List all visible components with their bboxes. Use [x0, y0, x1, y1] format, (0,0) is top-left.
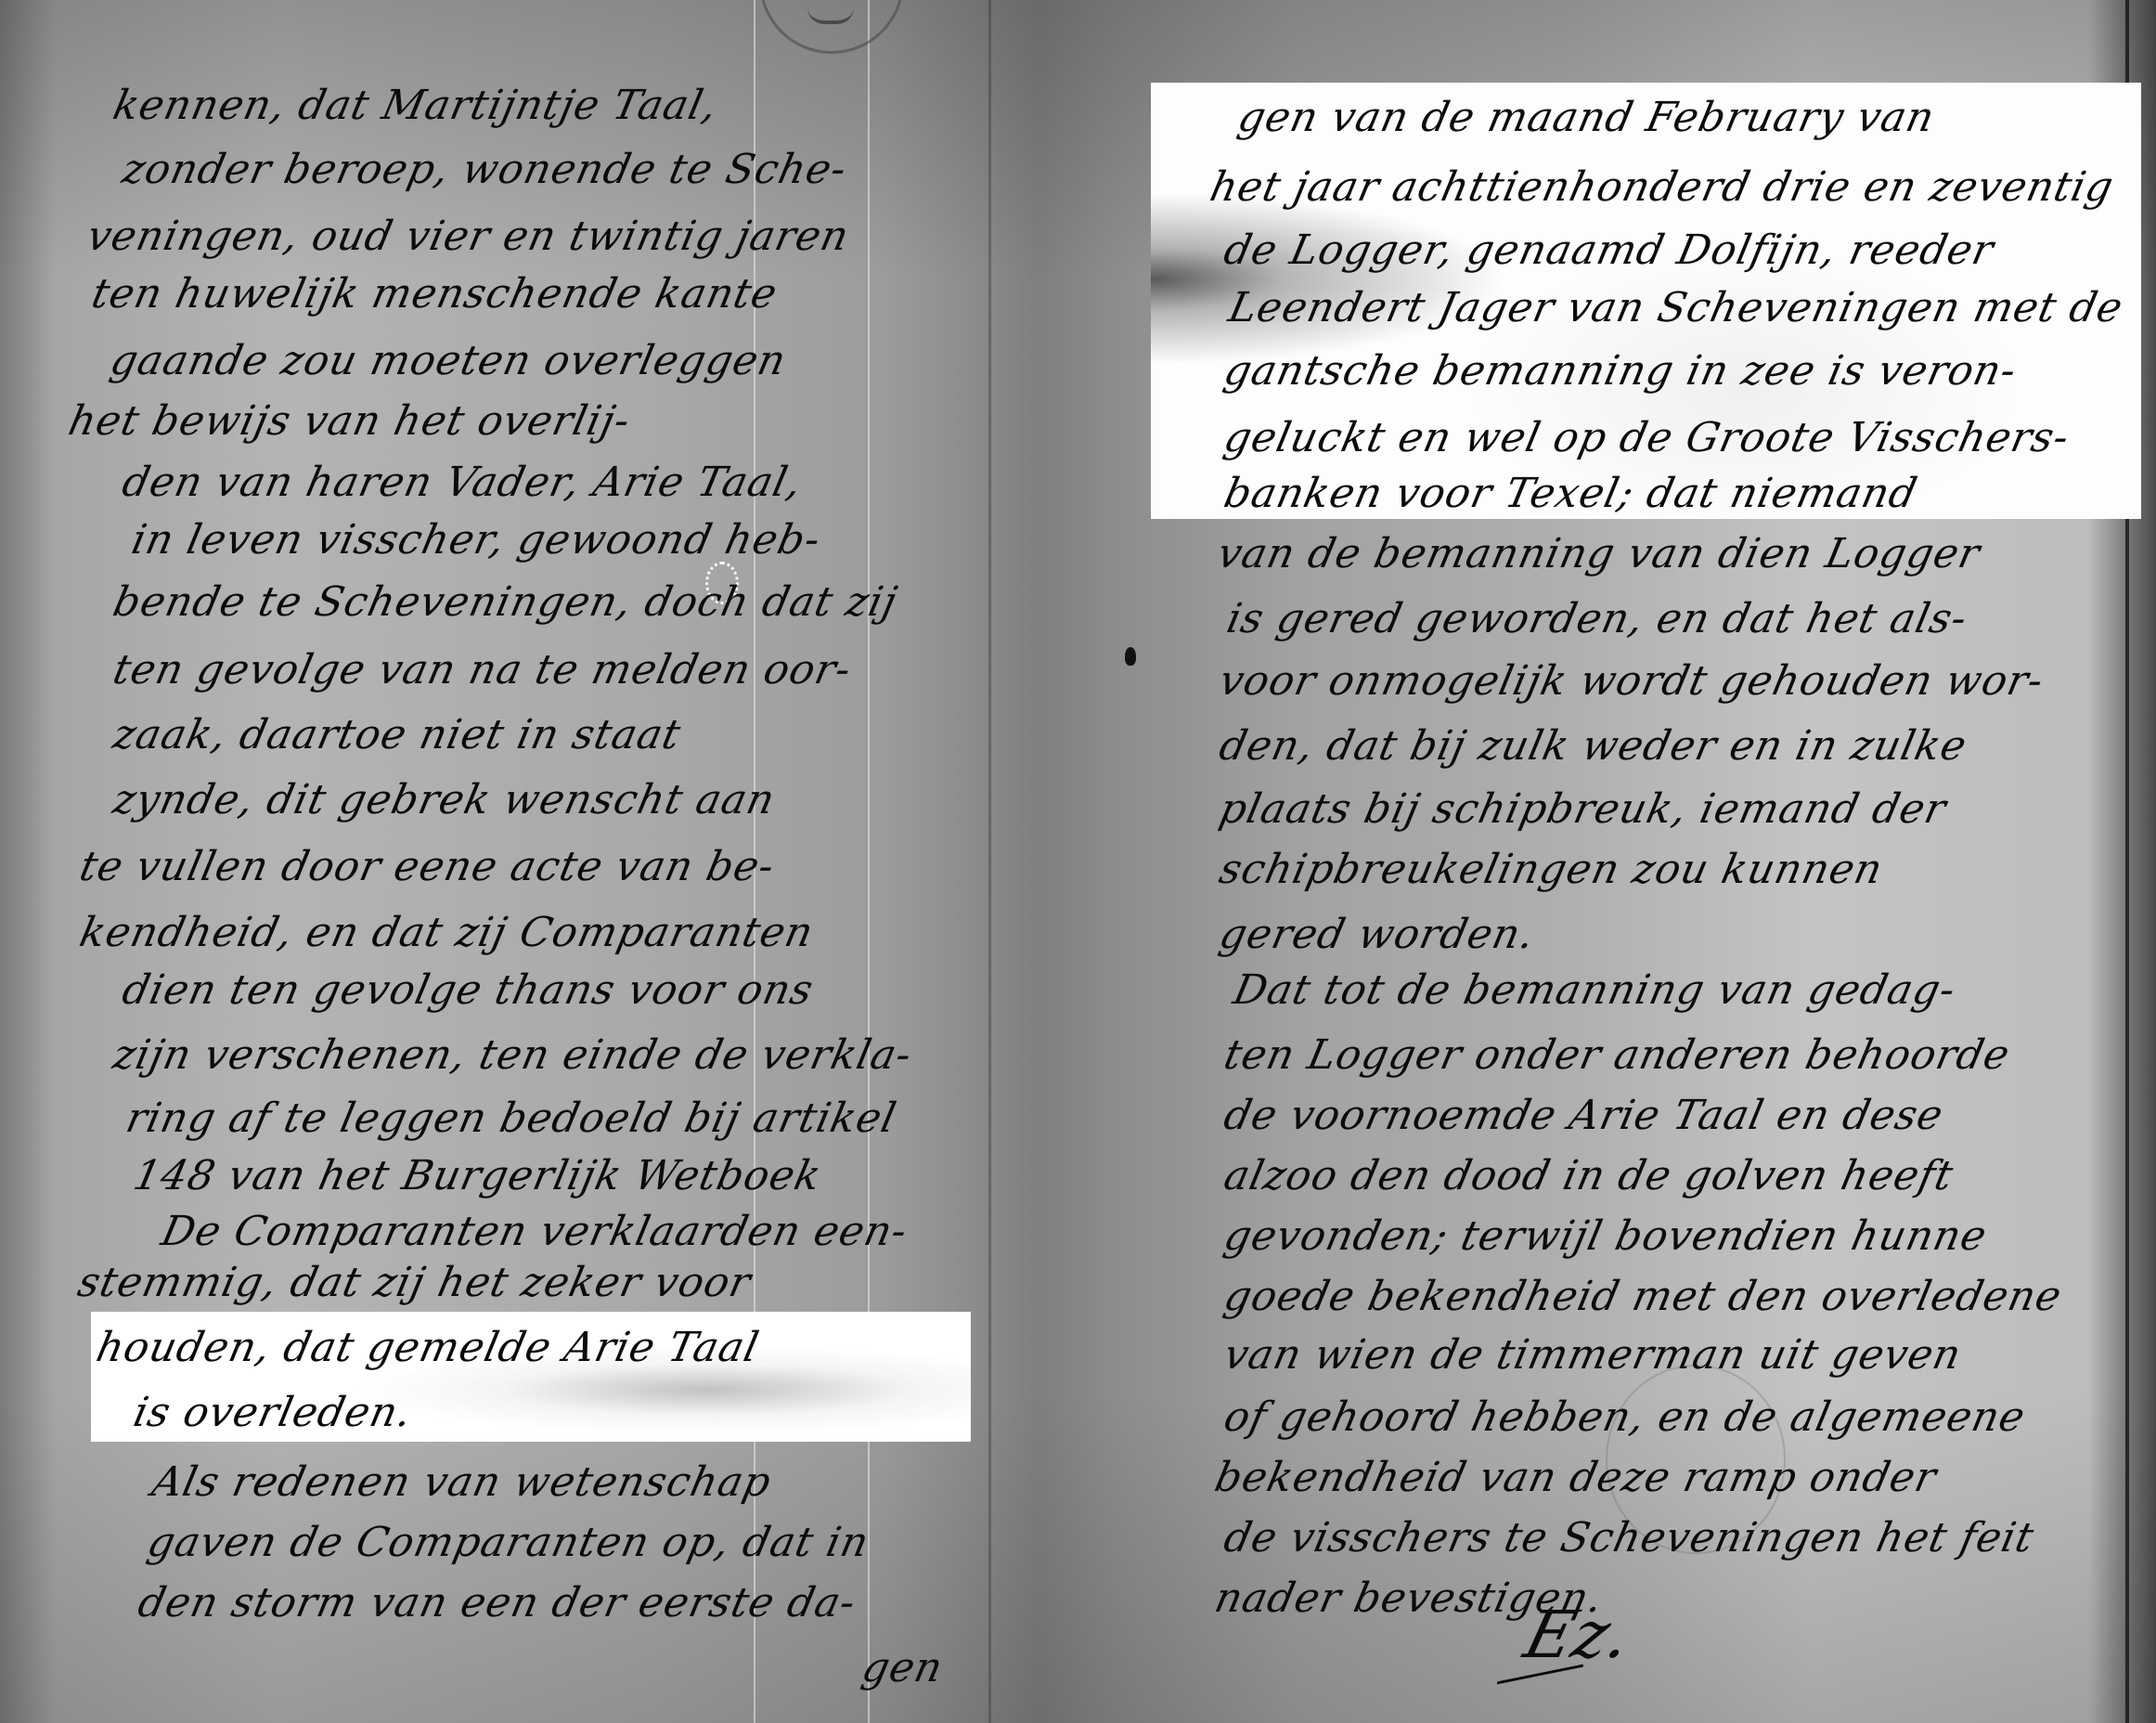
handwritten-line: alzoo den dood in de golven heeft — [1220, 1156, 1957, 1197]
left-page: kennen, dat Martijntje Taal, zonder bero… — [0, 0, 988, 1723]
handwritten-line: ten huwelijk menschende kante — [88, 274, 781, 315]
handwritten-line: het bewijs van het overlij- — [65, 401, 634, 442]
handwritten-line: te vullen door eene acte van be- — [76, 847, 778, 887]
handwritten-line: schipbreukelingen zou kunnen — [1216, 849, 1886, 890]
handwritten-line: bende te Scheveningen, doch dat zij — [110, 582, 901, 623]
right-page: gen van de maand February van het jaar a… — [1142, 0, 2156, 1723]
handwritten-line: zaak, daartoe niet in staat — [110, 715, 684, 756]
handwritten-line: den, dat bij zulk weder en in zulke — [1216, 726, 1970, 767]
handwritten-line: goede bekendheid met den overledene — [1220, 1276, 2065, 1317]
handwritten-line: gaande zou moeten overleggen — [107, 341, 790, 382]
handwritten-line: zynde, dit gebrek wenscht aan — [110, 780, 779, 821]
handwritten-line: Dat tot de bemanning van gedag- — [1230, 970, 1959, 1011]
handwritten-line: veningen, oud vier en twintig jaren — [84, 216, 853, 257]
handwritten-line: den van haren Vader, Arie Taal, — [119, 462, 806, 503]
handwritten-line: ring af te leggen bedoeld bij artikel — [123, 1098, 900, 1139]
handwritten-line: of gehoord hebben, en de algemeene — [1220, 1397, 2029, 1438]
handwritten-line: de visschers te Scheveningen het feit — [1220, 1518, 2037, 1559]
handwritten-line: den storm van een der eerste da- — [135, 1583, 859, 1624]
handwritten-line: stemmig, dat zij het zeker voor — [74, 1263, 755, 1303]
handwritten-line: van de bemanning van dien Logger — [1214, 534, 1983, 575]
page-gutter — [988, 0, 991, 1723]
handwritten-line: gen — [859, 1648, 947, 1689]
handwritten-line: gevonden; terwijl bovendien hunne — [1220, 1216, 1991, 1257]
handwritten-line: is overleden. — [130, 1393, 416, 1433]
handwritten-line: gered worden. — [1216, 914, 1539, 955]
handwritten-line: zijn verschenen, ten einde de verkla- — [110, 1035, 915, 1076]
handwritten-line: de Logger, genaamd Dolfijn, reeder — [1220, 230, 1997, 271]
handwritten-line: houden, dat gemelde Arie Taal — [93, 1328, 763, 1368]
handwritten-line: ten Logger onder anderen behoorde — [1220, 1035, 2013, 1076]
handwritten-line: kennen, dat Martijntje Taal, — [110, 85, 721, 126]
handwritten-line: gen van de maand February van — [1234, 97, 1938, 138]
handwritten-line: 148 van het Burgerlijk Wetboek — [130, 1156, 825, 1197]
handwritten-line: voor onmogelijk wordt gehouden wor- — [1216, 661, 2047, 702]
handwritten-line: zonder beroep, wonende te Sche- — [119, 149, 850, 190]
handwritten-line: ten gevolge van na te melden oor- — [110, 650, 855, 691]
handwritten-line: gantsche bemanning in zee is veron- — [1220, 351, 2020, 392]
handwritten-line: geluckt en wel op de Groote Visschers- — [1220, 418, 2073, 459]
handwritten-line: Als redenen van wetenschap — [148, 1462, 775, 1503]
handwritten-line: de voornoemde Arie Taal en dese — [1220, 1095, 1947, 1136]
handwritten-line: banken voor Texel; dat niemand — [1220, 473, 1921, 514]
handwritten-line: plaats bij schipbreuk, iemand der — [1216, 789, 1950, 830]
handwritten-line: kendheid, en dat zij Comparanten — [76, 913, 817, 953]
handwritten-line: is gered geworden, en dat het als- — [1223, 599, 1971, 640]
handwritten-line: De Comparanten verklaarden een- — [158, 1211, 911, 1252]
signature-mark: Ez. — [1517, 1597, 1639, 1673]
handwritten-line: bekendheid van deze ramp onder — [1211, 1457, 1940, 1498]
handwritten-line: Leendert Jager van Scheveningen met de — [1225, 288, 2126, 329]
handwritten-line: van wien de timmerman uit geven — [1220, 1335, 1965, 1376]
handwritten-line: het jaar achttienhonderd drie en zeventi… — [1207, 167, 2117, 208]
handwritten-line: gaven de Comparanten op, dat in — [144, 1522, 872, 1563]
handwritten-line: dien ten gevolge thans voor ons — [119, 970, 817, 1011]
ink-blot — [1125, 647, 1136, 666]
handwritten-line: in leven visscher, gewoond heb- — [128, 520, 824, 561]
